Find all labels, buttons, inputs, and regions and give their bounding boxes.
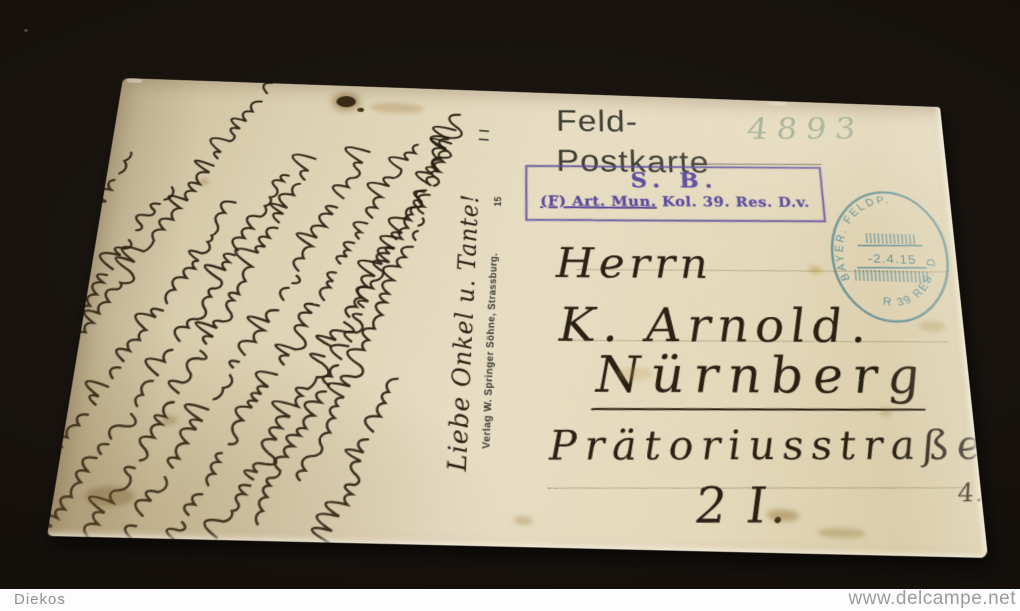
postmark-hatch-line bbox=[902, 234, 903, 244]
printed-form-line bbox=[703, 164, 821, 166]
postmark-hatch-line bbox=[886, 234, 887, 244]
postmark-hatch-top bbox=[866, 233, 914, 245]
stain bbox=[808, 266, 822, 274]
feldpost-postcard: Liebe Onkel u. Tante! Verlag W. Springer… bbox=[47, 78, 988, 558]
stain bbox=[879, 408, 892, 416]
address-city-underline bbox=[591, 408, 926, 411]
postmark-bar-line bbox=[857, 244, 922, 248]
stain bbox=[919, 320, 946, 332]
handwriting-line bbox=[47, 194, 240, 496]
postmark-hatch-line bbox=[919, 271, 920, 282]
postmark-hatch-line bbox=[898, 234, 899, 244]
postmark-hatch-line bbox=[882, 234, 883, 244]
unit-stamp-line2: (F) Art. Mun. Kol. 39. Res. D.v. bbox=[527, 193, 823, 211]
watermark-site: www.delcampe.net bbox=[849, 588, 1016, 610]
address-number: 2 I. bbox=[694, 476, 789, 534]
postmark-hatch-line bbox=[895, 271, 896, 282]
handwriting-line bbox=[53, 148, 134, 274]
handwriting-line bbox=[47, 167, 182, 392]
address-side-note: 4. bbox=[956, 478, 984, 508]
watermark-seller: Diekos bbox=[14, 591, 66, 608]
postmark-hatch-line bbox=[903, 271, 904, 282]
handwriting-line bbox=[47, 166, 297, 539]
pencil-number: 4893 bbox=[746, 112, 866, 147]
address-salutation: Herrn bbox=[555, 240, 713, 289]
postmark-hatch-line bbox=[907, 271, 908, 282]
postmark-hatch-line bbox=[866, 233, 867, 243]
handwriting-line bbox=[53, 78, 274, 360]
series-number: 15 bbox=[493, 196, 504, 206]
postmark-hatch-line bbox=[891, 270, 892, 281]
postmark-hatch-line bbox=[899, 271, 900, 282]
postmark-hatch-line bbox=[915, 271, 916, 282]
postmark-hatch-line bbox=[911, 271, 912, 282]
unit-stamp-line2-rest: Kol. 39. Res. D.v. bbox=[656, 193, 810, 210]
postmark-hatch-line bbox=[910, 234, 911, 244]
postmark-hatch-line bbox=[894, 234, 895, 244]
address-street: Prätoriusstraße bbox=[549, 423, 988, 470]
paper-edge-chip bbox=[126, 78, 142, 83]
stain bbox=[513, 516, 533, 525]
handwriting-line bbox=[307, 373, 404, 544]
handwriting-line bbox=[200, 129, 453, 547]
postmark-hatch-line bbox=[890, 234, 891, 244]
stain bbox=[817, 528, 865, 539]
handwriting-line bbox=[245, 123, 462, 531]
postmark-hatch-line bbox=[874, 233, 875, 243]
postmark-hatch-line bbox=[914, 235, 915, 245]
dust-speck bbox=[24, 29, 28, 32]
postmark-hatch-line bbox=[887, 270, 888, 281]
handwriting-line bbox=[58, 146, 333, 540]
unit-stamp-line1: S. B. bbox=[527, 168, 821, 194]
unit-stamp-line2-underlined: (F) Art. Mun. bbox=[540, 193, 657, 210]
paper-edge-chip bbox=[768, 101, 787, 106]
postmark-hatch-line bbox=[878, 233, 879, 243]
auction-photo-background: Liebe Onkel u. Tante! Verlag W. Springer… bbox=[0, 0, 1020, 589]
printed-title-line1: Feld- bbox=[556, 102, 708, 144]
unit-stamp-box: S. B. (F) Art. Mun. Kol. 39. Res. D.v. bbox=[525, 165, 826, 222]
postmark-hatch-line bbox=[906, 234, 907, 244]
postmark-date: -2.4.15 bbox=[867, 251, 917, 267]
postmark-hatch-line bbox=[870, 233, 871, 243]
